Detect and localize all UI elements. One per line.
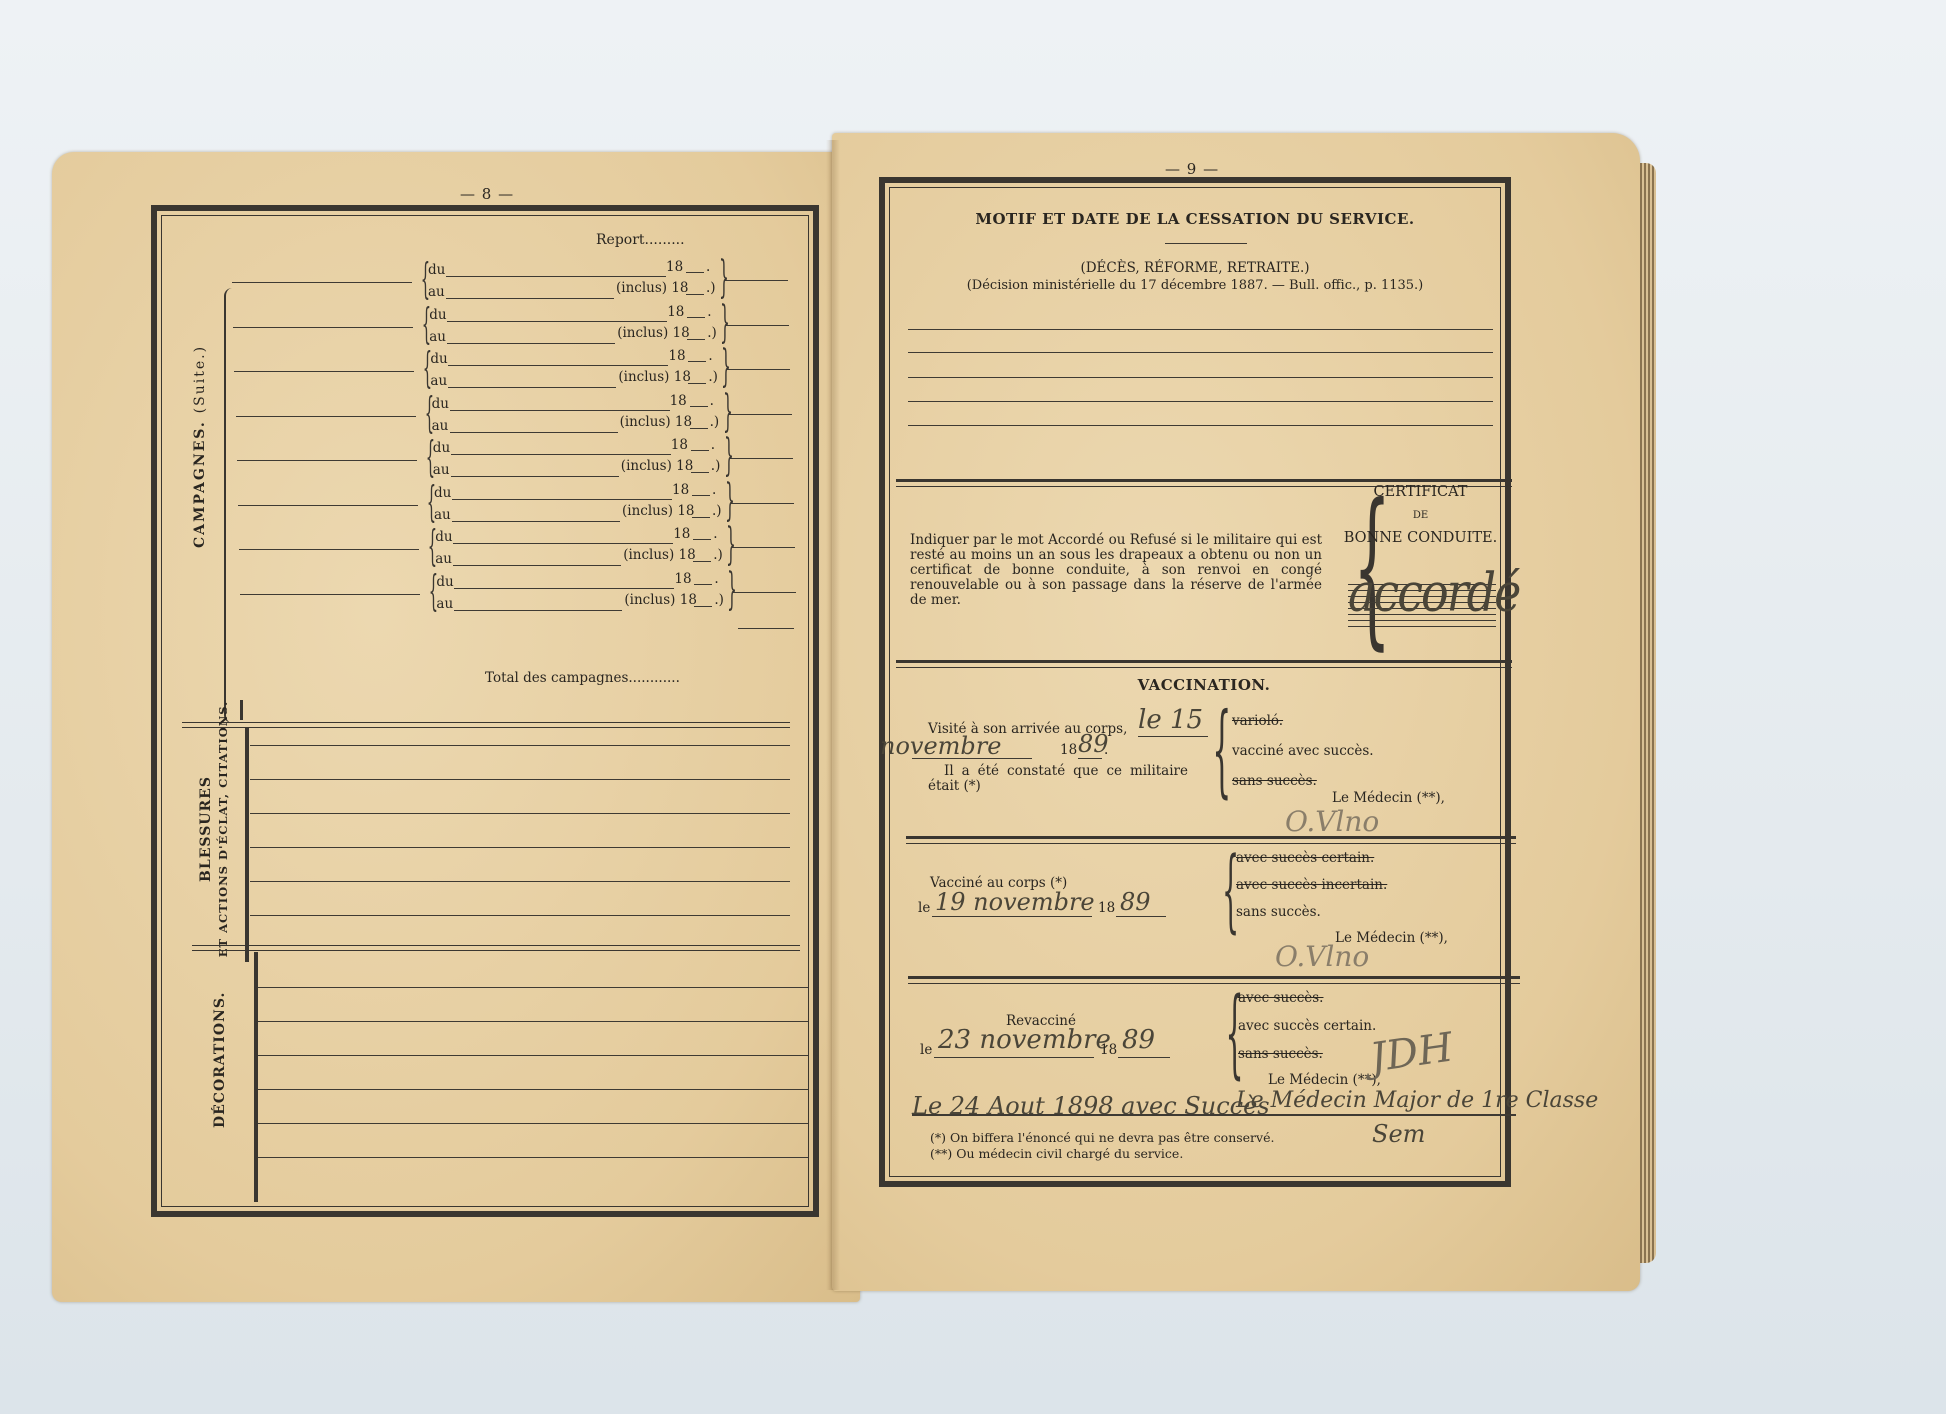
page-edges <box>1640 163 1656 1263</box>
cessation-subtitle: (DÉCÈS, RÉFORME, RETRAITE.) <box>890 260 1500 276</box>
blessures-line[interactable] <box>250 881 790 882</box>
blessures-label: BLESSURES ET ACTIONS D'ÉCLAT, CITATIONS. <box>198 699 232 959</box>
revaccine-medecin-label: Le Médecin (**), <box>1268 1072 1381 1088</box>
option-2: sans succès. <box>1232 773 1317 789</box>
campagne-du: du <box>436 574 453 590</box>
certificat-instructions: Indiquer par le mot Accordé ou Refusé si… <box>910 533 1322 608</box>
report-label: Report......... <box>596 232 685 248</box>
vaccination-title: VACCINATION. <box>896 676 1512 694</box>
campagne-du: du <box>430 351 447 367</box>
visite-month[interactable]: novembre <box>880 732 1001 760</box>
campagne-du: du <box>432 396 449 412</box>
decorations-line[interactable] <box>258 1123 808 1124</box>
page-number-8: — 8 — <box>460 185 514 203</box>
revaccine-date[interactable]: 23 novembre <box>938 1025 1111 1055</box>
option-1: avec succès certain. <box>1238 1018 1376 1034</box>
campagnes-label: CAMPAGNES. (Suite.) <box>192 368 208 548</box>
blessures-line[interactable] <box>250 847 790 848</box>
certificat-value[interactable]: accordé <box>1348 561 1519 623</box>
campagne-au: au <box>436 596 453 612</box>
total-campagnes-label: Total des campagnes............ <box>485 670 680 686</box>
vaccine-year[interactable]: 89 <box>1120 888 1151 916</box>
option-2: sans succès. <box>1238 1046 1323 1062</box>
visite-year-prefix: 18 <box>1060 742 1077 758</box>
cessation-reference: (Décision ministérielle du 17 décembre 1… <box>890 278 1500 293</box>
option-0: varioló. <box>1232 713 1283 729</box>
decorations-line[interactable] <box>258 987 808 988</box>
handwritten-signature: Sem <box>1372 1120 1425 1148</box>
visite-medecin-label: Le Médecin (**), <box>1332 790 1445 806</box>
left-form-frame <box>151 205 819 1217</box>
option-0: avec succès certain. <box>1236 850 1374 866</box>
blessures-line[interactable] <box>250 745 790 746</box>
page-number-9: — 9 — <box>1165 160 1219 178</box>
visite-day[interactable]: le 15 <box>1138 705 1203 735</box>
campagne-du: du <box>434 485 451 501</box>
option-0: avec succès. <box>1238 990 1323 1006</box>
option-1: vacciné avec succès. <box>1232 743 1374 759</box>
footnote-1: (*) On biffera l'énoncé qui ne devra pas… <box>930 1130 1274 1145</box>
footnote-2: (**) Ou médecin civil chargé du service. <box>930 1146 1183 1161</box>
vaccine-date[interactable]: 19 novembre <box>935 888 1095 916</box>
campagne-du: du <box>433 440 450 456</box>
blessures-line[interactable] <box>250 915 790 916</box>
certificat-title: CERTIFICAT DE BONNE CONDUITE. <box>1338 484 1503 547</box>
option-1: avec succès incertain. <box>1236 877 1387 893</box>
decorations-line[interactable] <box>258 1089 808 1090</box>
decorations-line[interactable] <box>258 1157 808 1158</box>
campagne-du: du <box>429 307 446 323</box>
cessation-title: MOTIF ET DATE DE LA CESSATION DU SERVICE… <box>890 210 1500 228</box>
decorations-label: DÉCORATIONS. <box>212 1008 228 1128</box>
vaccine-signature: O.Vlno <box>1275 940 1369 973</box>
campagne-du: du <box>428 262 445 278</box>
campagnes-brace <box>224 288 232 723</box>
visite-signature: O.Vlno <box>1285 805 1379 838</box>
blessures-line[interactable] <box>250 779 790 780</box>
book-gutter <box>826 140 840 1290</box>
option-2: sans succès. <box>1236 904 1321 920</box>
handwritten-note-right: Le Médecin Major de 1re Classe <box>1236 1088 1598 1113</box>
visite-constate: Il a été constaté que ce militaire était… <box>928 764 1188 794</box>
campagne-du: du <box>435 529 452 545</box>
decorations-line[interactable] <box>258 1021 808 1022</box>
decorations-line[interactable] <box>258 1055 808 1056</box>
revaccine-year[interactable]: 89 <box>1122 1025 1155 1055</box>
cessation-section: MOTIF ET DATE DE LA CESSATION DU SERVICE… <box>890 205 1500 485</box>
blessures-line[interactable] <box>250 813 790 814</box>
